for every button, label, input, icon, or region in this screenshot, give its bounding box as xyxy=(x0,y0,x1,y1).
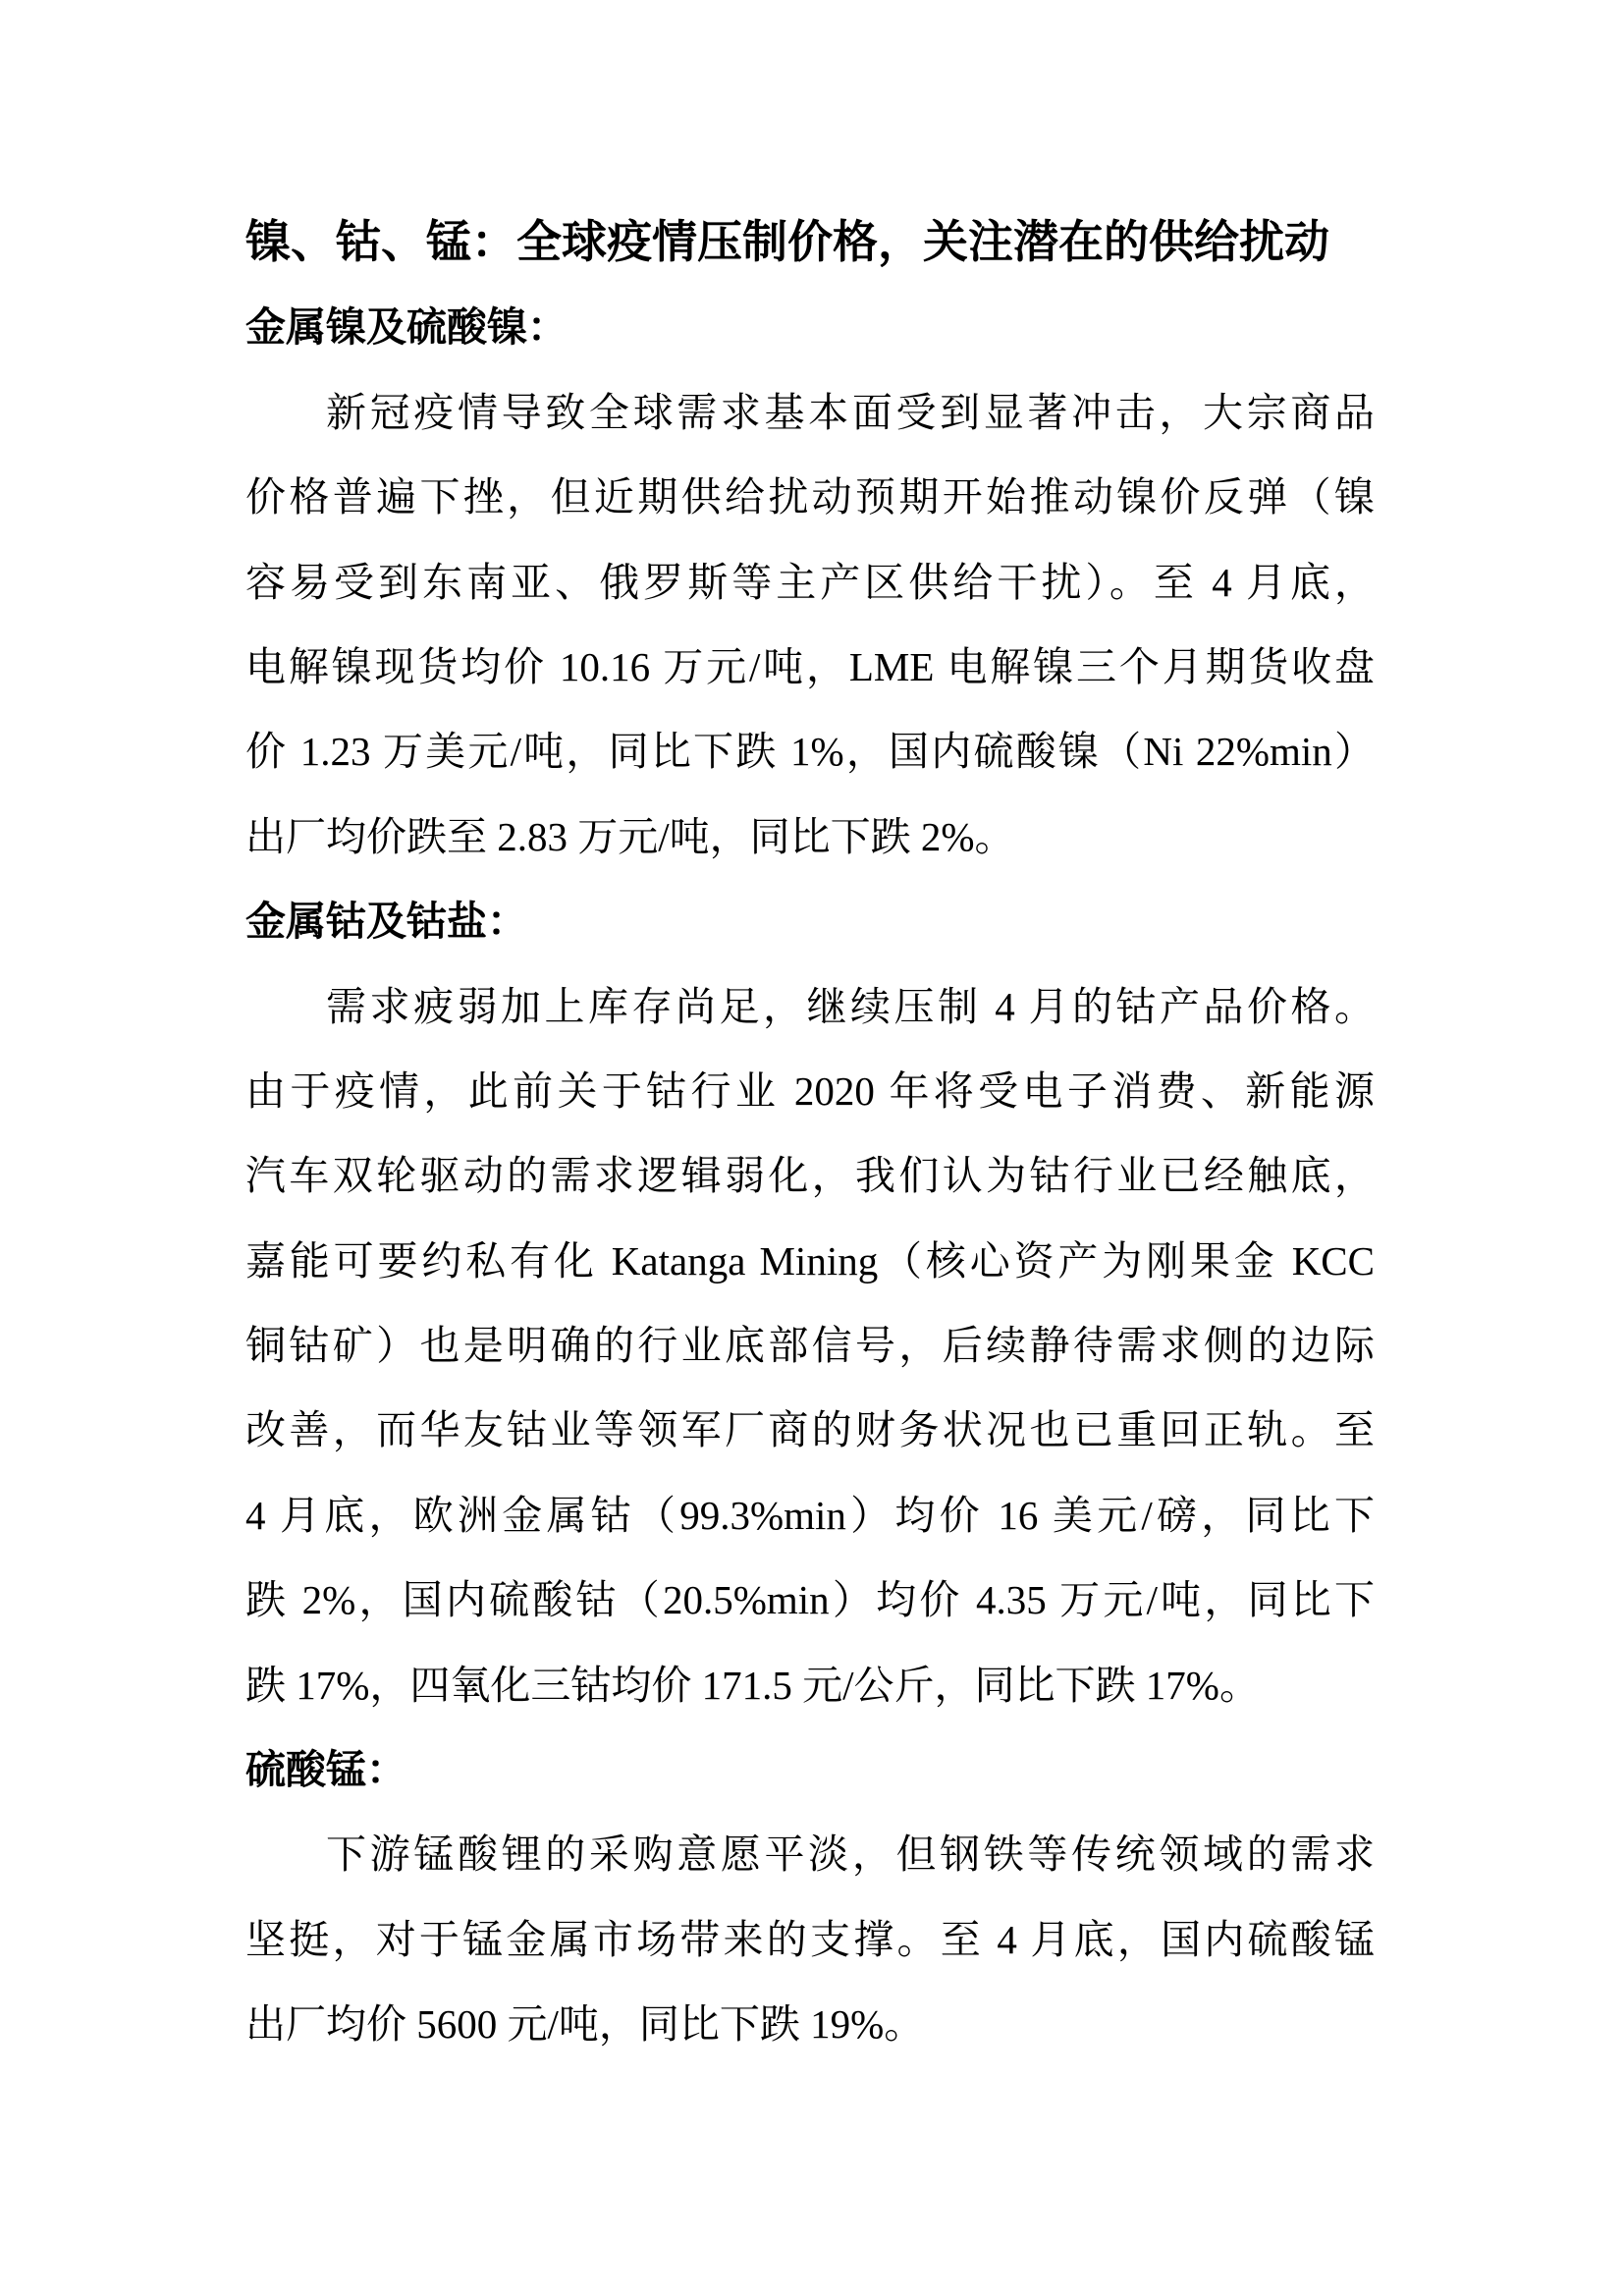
paragraph-line: 汽车双轮驱动的需求逻辑弱化，我们认为钴行业已经触底， xyxy=(245,1133,1375,1218)
paragraph-line: 容易受到东南亚、俄罗斯等主产区供给干扰）。至 4 月底， xyxy=(245,540,1375,625)
paragraph-line: 出厂均价跌至 2.83 万元/吨，同比下跌 2%。 xyxy=(245,794,1375,879)
paragraph-line: 4 月底，欧洲金属钴（99.3%min）均价 16 美元/磅，同比下 xyxy=(245,1473,1375,1558)
paragraph-line: 下游锰酸锂的采购意愿平淡，但钢铁等传统领域的需求 xyxy=(245,1812,1375,1896)
section-heading: 硫酸锰： xyxy=(245,1727,1375,1812)
paragraph-line: 出厂均价 5600 元/吨，同比下跌 19%。 xyxy=(245,1982,1375,2066)
paragraph-line: 跌 17%，四氧化三钴均价 171.5 元/公斤，同比下跌 17%。 xyxy=(245,1643,1375,1727)
section-heading: 金属镍及硫酸镍： xyxy=(245,285,1375,369)
paragraph-line: 嘉能可要约私有化 Katanga Mining（核心资产为刚果金 KCC xyxy=(245,1219,1375,1303)
paragraph-line: 新冠疫情导致全球需求基本面受到显著冲击，大宗商品 xyxy=(245,370,1375,455)
document-text-block: 镍、钴、锰：全球疫情压制价格，关注潜在的供给扰动 金属镍及硫酸镍：新冠疫情导致全… xyxy=(245,200,1375,2067)
paragraph-line: 铜钴矿）也是明确的行业底部信号，后续静待需求侧的边际 xyxy=(245,1303,1375,1388)
paragraph-line: 跌 2%，国内硫酸钴（20.5%min）均价 4.35 万元/吨，同比下 xyxy=(245,1558,1375,1642)
document-page: 镍、钴、锰：全球疫情压制价格，关注潜在的供给扰动 金属镍及硫酸镍：新冠疫情导致全… xyxy=(0,0,1623,2296)
paragraph-line: 需求疲弱加上库存尚足，继续压制 4 月的钴产品价格。 xyxy=(245,964,1375,1049)
paragraph-line: 由于疫情，此前关于钴行业 2020 年将受电子消费、新能源 xyxy=(245,1049,1375,1133)
section-heading: 金属钴及钴盐： xyxy=(245,879,1375,963)
paragraph-line: 电解镍现货均价 10.16 万元/吨，LME 电解镍三个月期货收盘 xyxy=(245,625,1375,709)
paragraph-line: 价 1.23 万美元/吨，同比下跌 1%，国内硫酸镍（Ni 22%min） xyxy=(245,709,1375,793)
paragraph-line: 改善，而华友钴业等领军厂商的财务状况也已重回正轨。至 xyxy=(245,1388,1375,1472)
paragraph-line: 坚挺，对于锰金属市场带来的支撑。至 4 月底，国内硫酸锰 xyxy=(245,1897,1375,1982)
paragraph-line: 价格普遍下挫，但近期供给扰动预期开始推动镍价反弹（镍 xyxy=(245,455,1375,539)
document-title: 镍、钴、锰：全球疫情压制价格，关注潜在的供给扰动 xyxy=(245,200,1375,285)
document-sections: 金属镍及硫酸镍：新冠疫情导致全球需求基本面受到显著冲击，大宗商品价格普遍下挫，但… xyxy=(245,285,1375,2066)
